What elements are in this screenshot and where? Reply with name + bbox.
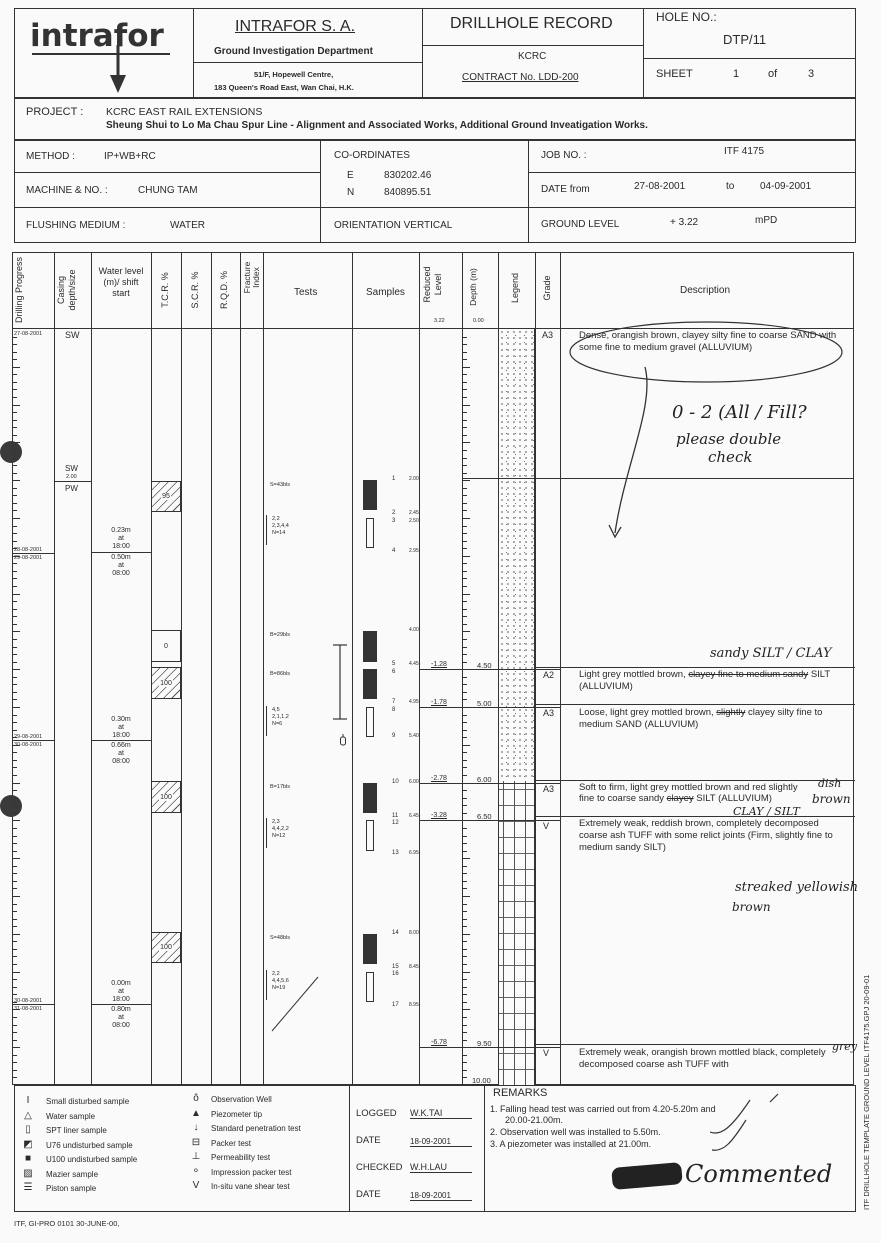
orientation: ORIENTATION VERTICAL [334, 220, 452, 231]
scale-tick [463, 594, 470, 595]
scale-tick [13, 904, 17, 905]
scale-tick [13, 813, 17, 814]
sample-depth: 6.00 [409, 779, 419, 785]
scale-tick [13, 647, 17, 648]
scale-tick [463, 624, 467, 625]
key-label: Standard penetration test [211, 1124, 301, 1133]
scale-tick [463, 1077, 467, 1078]
col-casing: Casing depth/size [56, 255, 78, 325]
tcr-run: 100 [151, 781, 181, 813]
hole-no: DTP/11 [723, 32, 766, 47]
scale-tick [463, 1017, 467, 1018]
company-name: INTRAFOR S. A. [235, 18, 355, 36]
scale-tick [13, 609, 17, 610]
scale-tick [13, 1062, 17, 1063]
reduced-level-start: 3.22 [434, 318, 445, 324]
scale-tick [13, 586, 17, 587]
reduced-level-value: -6.78 [431, 1039, 447, 1046]
easting-label: E [347, 170, 354, 181]
contract-number: CONTRACT No. LDD-200 [462, 72, 579, 83]
remark-item: 1. Falling head test was carried out fro… [490, 1104, 716, 1114]
scale-tick [13, 858, 20, 859]
scale-tick [13, 427, 17, 428]
casing-text: PW [65, 484, 78, 493]
description-stratum-3: Loose, light grey mottled brown, slightl… [579, 707, 834, 731]
depth-value: 9.50 [477, 1039, 492, 1048]
scale-tick [13, 563, 17, 564]
test-blows: B=17bls [270, 784, 290, 790]
key-label: Water sample [46, 1112, 95, 1121]
scale-tick [13, 1032, 17, 1033]
scale-tick [463, 881, 467, 882]
scale-tick [13, 389, 17, 390]
flushing-label: FLUSHING MEDIUM : [26, 220, 125, 231]
scale-tick [463, 904, 467, 905]
annotation-note-1c: check [708, 448, 752, 466]
scale-tick [13, 1077, 17, 1078]
depth-start: 0.00 [473, 318, 484, 324]
checked-by: W.H.LAU [410, 1162, 472, 1173]
scale-tick [13, 888, 17, 889]
col-rqd: R.Q.D. % [219, 260, 229, 320]
scale-tick [13, 926, 17, 927]
progress-date-end: 30-08-2001 [14, 998, 42, 1004]
scale-tick [13, 851, 17, 852]
progress-date-end: 29-08-2001 [14, 734, 42, 740]
key-label: Impression packer test [211, 1168, 291, 1177]
scale-tick [13, 480, 20, 481]
scale-tick [13, 1009, 20, 1010]
scale-tick [13, 1055, 17, 1056]
scale-tick [13, 707, 20, 708]
scale-tick [13, 367, 20, 368]
tcr-value: 100 [159, 794, 173, 801]
description-stratum-6: Extremely weak, orangish brown mottled b… [579, 1047, 829, 1071]
col-depth: Depth (m) [468, 262, 478, 312]
scale-tick [463, 541, 467, 542]
check-marks [710, 1090, 790, 1155]
scale-tick [463, 631, 470, 632]
col-legend: Legend [510, 258, 520, 318]
scale-tick [463, 1002, 467, 1003]
packer-test-icon: ⊟ [190, 1137, 202, 1148]
key-label: U76 undisturbed sample [46, 1141, 133, 1150]
scale-tick [13, 1047, 20, 1048]
spt-liner-sample-icon [366, 518, 374, 548]
scale-tick [463, 450, 467, 451]
observation-well-icon [339, 734, 347, 746]
grade-value: A2 [543, 670, 554, 680]
northing-value: 840895.51 [384, 187, 431, 198]
scale-tick [13, 972, 20, 973]
sample-number: 17 [392, 1002, 399, 1008]
scale-tick [13, 843, 17, 844]
spt-result: 4,52,1,1,2N=6 [272, 707, 289, 728]
annotation-note-3a: dish [818, 777, 841, 790]
water-level-value: 0.50m [92, 554, 150, 562]
scale-tick [463, 616, 467, 617]
scale-tick [463, 858, 470, 859]
depth-value: 6.50 [477, 812, 492, 821]
scale-tick [463, 359, 467, 360]
signature: Commented [685, 1160, 832, 1188]
scale-tick [463, 571, 467, 572]
scale-tick [463, 692, 467, 693]
scale-tick [463, 510, 467, 511]
department: Ground Investigation Department [214, 46, 373, 57]
col-samples: Samples [366, 287, 405, 298]
sample-number: 6 [392, 669, 395, 675]
legend-sand-pattern [498, 329, 535, 781]
u100-sample-icon [363, 934, 377, 964]
spt-liner-sample-icon [366, 820, 374, 850]
sheet-total: 3 [808, 68, 814, 80]
scale-tick [13, 450, 17, 451]
sample-number: 5 [392, 661, 395, 667]
u100-sample-icon [363, 480, 377, 510]
form-reference: ITF, GI-PRO 0101 30-JUNE-00, [14, 1219, 119, 1228]
annotation-arrow [605, 365, 655, 545]
scale-tick [13, 495, 17, 496]
spt-liner-sample-icon [366, 972, 374, 1002]
scale-tick [463, 987, 467, 988]
date-from-label: DATE from [541, 184, 590, 195]
col-fracture-index: Fracture Index [243, 255, 261, 300]
tcr-run: 100 [151, 932, 181, 963]
scale-tick [463, 919, 467, 920]
water-level-entry: 0.66m at 08:00 [92, 742, 150, 766]
reduced-level-value: -1.28 [431, 661, 447, 668]
scale-tick [463, 488, 467, 489]
test-blows: B=86bls [270, 671, 290, 677]
scale-tick [13, 465, 17, 466]
scale-tick [463, 586, 467, 587]
scale-tick [463, 367, 470, 368]
flushing-value: WATER [170, 220, 205, 231]
scale-tick [13, 692, 17, 693]
water-level-time: 08:00 [92, 758, 150, 766]
pen-line [560, 478, 854, 479]
scale-tick [13, 828, 17, 829]
spt-result: 2,22,3,4,4N=14 [272, 516, 289, 537]
water-level-value: 0.66m [92, 742, 150, 750]
scale-tick [13, 866, 17, 867]
scale-tick [463, 888, 467, 889]
scale-tick [463, 647, 467, 648]
tcr-value: 95 [161, 493, 171, 500]
water-level-at: at [92, 988, 150, 996]
scale-tick [13, 1025, 17, 1026]
scale-tick [463, 760, 467, 761]
scale-tick [13, 458, 17, 459]
water-level-at: at [92, 724, 150, 732]
permeability-test-icon [330, 643, 350, 723]
date-to: 04-09-2001 [760, 181, 811, 192]
test-blows: B=29bls [270, 632, 290, 638]
permeability-test-icon: ⊥ [190, 1151, 202, 1162]
scale-tick [463, 1055, 467, 1056]
logo-underline [32, 53, 170, 55]
scale-tick [13, 896, 20, 897]
casing-depth: 2.00 [66, 474, 77, 480]
scale-tick [463, 752, 467, 753]
scale-tick [463, 684, 467, 685]
project-line-2: Sheung Shui to Lo Ma Chau Spur Line - Al… [106, 120, 648, 131]
scale-tick [13, 601, 17, 602]
scale-tick [463, 1040, 467, 1041]
scale-tick [463, 473, 467, 474]
scale-tick [463, 1025, 467, 1026]
sample-depth: 6.95 [409, 850, 419, 856]
scale-tick [13, 934, 20, 935]
scale-tick [13, 1040, 17, 1041]
grade-value: A3 [543, 784, 554, 794]
logged-date: 18-09-2001 [410, 1137, 472, 1147]
tcr-run: 95 [151, 481, 181, 512]
scale-tick [13, 473, 17, 474]
col-grade: Grade [542, 258, 552, 318]
scale-tick [463, 442, 470, 443]
scale-tick [463, 578, 467, 579]
sample-depth: 2.50 [409, 518, 419, 524]
company-logo: intrafor [30, 18, 164, 54]
scale-tick [463, 805, 467, 806]
water-level-value: 0.80m [92, 1006, 150, 1014]
machine-value: CHUNG TAM [138, 185, 198, 196]
sample-number: 1 [392, 476, 395, 482]
col-description: Description [680, 285, 730, 296]
spt-result: 2,34,4,2,2N=12 [272, 819, 289, 840]
project-line-1: KCRC EAST RAIL EXTENSIONS [106, 106, 262, 118]
sheet-of: of [768, 68, 777, 80]
tcr-run: 100 [151, 667, 181, 699]
annotation-note-4: streaked yellowish [735, 880, 858, 895]
spt-liner-sample-icon [366, 707, 374, 737]
legend-tuff-pattern [498, 1045, 535, 1085]
scale-tick [13, 510, 17, 511]
scale-tick [13, 337, 17, 338]
scale-tick [463, 563, 467, 564]
scale-tick [463, 548, 467, 549]
scale-tick [13, 488, 17, 489]
scale-tick [463, 926, 467, 927]
u100-sample-icon [363, 631, 377, 661]
key-label: U100 undisturbed sample [46, 1155, 137, 1164]
depth-value: 4.50 [477, 661, 492, 670]
col-tests: Tests [294, 287, 317, 298]
col-water-level: Water level (m)/ shift start [95, 266, 147, 299]
sample-depth: 8.00 [409, 930, 419, 936]
key-label: Packer test [211, 1139, 251, 1148]
scale-tick [13, 435, 17, 436]
water-level-entry: 0.23m at 18:00 [92, 527, 150, 551]
scale-tick [463, 518, 470, 519]
sample-depth: 4.00 [409, 627, 419, 633]
sample-number: 13 [392, 850, 399, 856]
remarks-title: REMARKS [493, 1087, 547, 1099]
scale-tick [463, 767, 467, 768]
water-level-time: 18:00 [92, 996, 150, 1004]
reduced-level-value: -2.78 [431, 775, 447, 782]
scale-tick [463, 934, 470, 935]
key-label: Permeability test [211, 1153, 270, 1162]
remark-item: 20.00-21.00m. [505, 1115, 563, 1125]
key-label: Mazier sample [46, 1170, 98, 1179]
scale-tick [463, 397, 467, 398]
scale-tick [13, 767, 17, 768]
scale-tick [463, 896, 470, 897]
scale-tick [13, 677, 17, 678]
scale-tick [13, 374, 17, 375]
sample-depth: 8.95 [409, 1002, 419, 1008]
spt-liner-sample-icon: ▯ [22, 1124, 34, 1135]
key-label: SPT liner sample [46, 1126, 107, 1135]
project-block [14, 98, 856, 140]
depth-end: 10.00 [472, 1076, 491, 1085]
small-disturbed-sample-icon: I [22, 1095, 34, 1106]
observation-well-icon: ô [190, 1093, 202, 1104]
scale-tick [13, 344, 17, 345]
test-blows: S=48bls [270, 935, 290, 941]
scale-tick [13, 836, 17, 837]
sample-number: 3 [392, 518, 395, 524]
sample-number: 4 [392, 548, 395, 554]
scale-tick [463, 1062, 467, 1063]
scale-tick [13, 941, 17, 942]
scale-tick [13, 571, 17, 572]
sample-number: 14 [392, 930, 399, 936]
scale-tick [13, 760, 17, 761]
scale-tick [13, 654, 17, 655]
job-no: ITF 4175 [724, 146, 764, 157]
scale-tick [13, 503, 17, 504]
scale-tick [463, 556, 470, 557]
sample-number: 12 [392, 820, 399, 826]
scale-tick [463, 873, 467, 874]
sample-depth: 8.45 [409, 964, 419, 970]
description-stratum-5: Extremely weak, reddish brown, completel… [579, 818, 844, 854]
scale-tick [463, 677, 467, 678]
key-label: Piston sample [46, 1184, 96, 1193]
u100-sample-icon [363, 783, 377, 813]
date-label-2: DATE [356, 1189, 381, 1200]
scale-tick [463, 1070, 467, 1071]
ground-level-value: + 3.22 [670, 217, 698, 228]
scale-tick [13, 911, 17, 912]
scale-tick [13, 722, 17, 723]
scale-tick [463, 979, 467, 980]
scale-tick [13, 699, 17, 700]
scale-tick [463, 374, 467, 375]
scale-tick [13, 578, 17, 579]
water-level-time: 18:00 [92, 732, 150, 740]
test-blows: S=43bls [270, 482, 290, 488]
client-name: KCRC [518, 51, 546, 62]
scale-tick [13, 737, 17, 738]
scale-tick [463, 790, 467, 791]
sample-number: 10 [392, 779, 399, 785]
piezometer-tip-icon: ▲ [190, 1108, 202, 1119]
mazier-sample-icon: ▨ [22, 1168, 34, 1179]
easting-value: 830202.46 [384, 170, 431, 181]
scale-tick [463, 412, 467, 413]
scale-tick [463, 344, 467, 345]
depth-value: 6.00 [477, 775, 492, 784]
scale-tick [13, 1002, 17, 1003]
scale-tick [463, 337, 467, 338]
scale-tick [13, 979, 17, 980]
sample-depth: 2.95 [409, 548, 419, 554]
scale-tick [463, 911, 467, 912]
scale-tick [13, 805, 17, 806]
scale-tick [463, 722, 467, 723]
scale-tick [463, 730, 467, 731]
progress-date-end: 28-08-2001 [14, 547, 42, 553]
sample-number: 16 [392, 971, 399, 977]
scale-tick [13, 783, 20, 784]
grade-value: V [543, 1048, 549, 1058]
hole-no-label: HOLE NO.: [656, 10, 717, 24]
scale-tick [13, 775, 17, 776]
template-reference: ITF DRILLHOLE TEMPLATE GROUND LEVEL ITF4… [862, 890, 871, 1210]
sample-depth: 6.45 [409, 813, 419, 819]
scale-tick [463, 715, 467, 716]
scale-tick [463, 699, 467, 700]
scale-tick [13, 594, 20, 595]
reduced-level-value: -1.78 [431, 699, 447, 706]
scale-tick [463, 533, 467, 534]
scale-tick [13, 1070, 17, 1071]
key-label: Observation Well [211, 1095, 272, 1104]
scale-tick [13, 631, 20, 632]
scale-tick [13, 382, 17, 383]
scale-tick [13, 987, 17, 988]
sample-depth: 4.95 [409, 699, 419, 705]
scale-tick [13, 518, 20, 519]
water-level-time: 18:00 [92, 543, 150, 551]
scale-tick [13, 956, 17, 957]
water-level-time: 08:00 [92, 1022, 150, 1030]
scale-tick [463, 495, 467, 496]
pen-line [463, 478, 561, 479]
standard-penetration-test-icon: ↓ [190, 1122, 202, 1133]
scale-tick [13, 662, 17, 663]
tcr-run: 0 [151, 630, 181, 662]
scale-tick [463, 866, 467, 867]
water-level-entry: 0.30m at 18:00 [92, 716, 150, 740]
ground-level-label: GROUND LEVEL [541, 219, 619, 230]
key-label: In-situ vane shear test [211, 1182, 290, 1191]
scale-tick [13, 541, 17, 542]
sample-number: 2 [392, 510, 395, 516]
scale-tick [13, 730, 17, 731]
scale-tick [13, 412, 17, 413]
scale-tick [13, 624, 17, 625]
scale-tick [463, 843, 467, 844]
northing-label: N [347, 187, 354, 198]
remark-item: 3. A piezometer was installed at 21.00m. [490, 1139, 651, 1149]
scale-tick [463, 601, 467, 602]
scale-tick [463, 972, 470, 973]
u76-undisturbed-sample-icon: ◩ [22, 1139, 34, 1150]
record-title: DRILLHOLE RECORD [450, 15, 613, 33]
description-stratum-2: Light grey mottled brown, clayey fine to… [579, 669, 834, 693]
scale-tick [13, 352, 17, 353]
scale-tick [463, 662, 467, 663]
scale-tick [463, 994, 467, 995]
impression-packer-test-icon: ⚬ [190, 1166, 202, 1177]
scale-tick [463, 405, 470, 406]
